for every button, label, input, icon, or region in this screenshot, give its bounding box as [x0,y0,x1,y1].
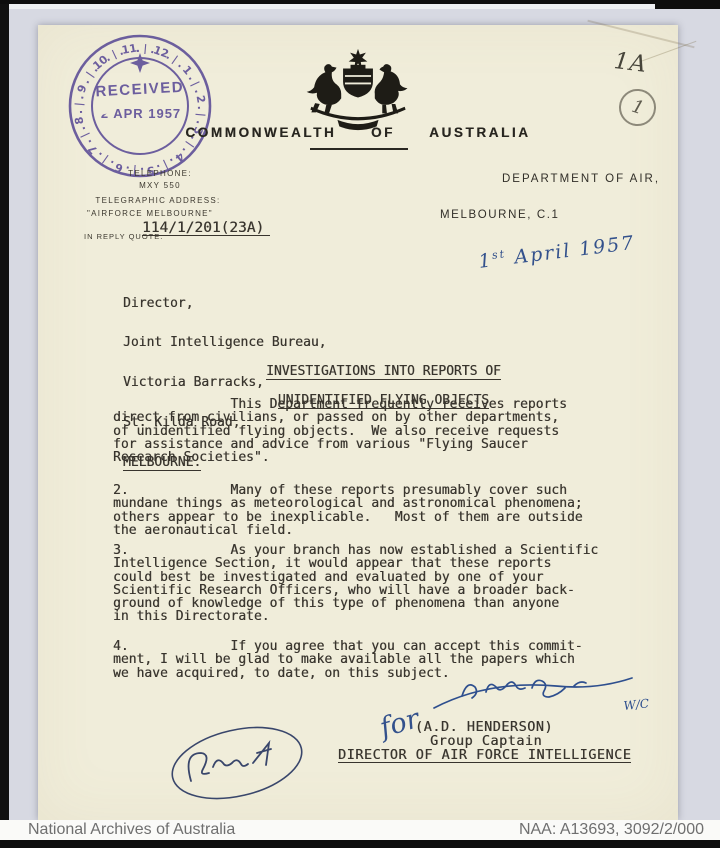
letterhead-telephone-value: MXY 550 [100,180,220,191]
scan-border-top [0,0,720,4]
svg-text:|: | [143,44,148,55]
letterhead-telegraphic-label: TELEGRAPHIC ADDRESS: [68,195,248,206]
svg-text:.: . [195,105,208,110]
handwritten-date: 1st April 1957 [477,231,636,272]
document-page: 10.|.11.|.12.|.1.|.2.|.3.|.4.|.5.|.6.|.7… [38,25,678,820]
svg-text:|: | [189,80,201,88]
coat-of-arms-icon [302,47,414,133]
svg-text:8: 8 [72,116,86,126]
received-stamp: 10.|.11.|.12.|.1.|.2.|.3.|.4.|.5.|.6.|.7… [65,31,215,181]
archive-name: National Archives of Australia [28,821,235,839]
letterhead-telephone-label: TELEPHONE: [100,168,220,179]
scan-border-bottom [0,840,720,848]
commonwealth-underline [310,148,408,150]
scan-border-top-right [655,0,720,9]
reply-quote-number: 114/1/201(23A) [142,222,270,236]
folio-annotation: 1A [613,48,649,78]
body-paragraph-3: 3. As your branch has now established a … [113,544,598,624]
recipient-line: Joint Intelligence Bureau, [123,336,327,349]
signature-scrawl: W/C [428,666,668,726]
svg-text:|: | [74,102,85,107]
scan-border-left [0,4,9,820]
commonwealth-title: COMMONWEALTH OF AUSTRALIA [138,125,578,140]
letterhead-telegraphic-value: "AIRFORCE MELBOURNE" [60,208,240,219]
circled-initials [161,719,317,807]
svg-text:|: | [195,112,206,117]
svg-text:|: | [79,131,91,139]
body-paragraph-1: This Department frequently receives repo… [113,398,567,464]
svg-text:.: . [136,42,141,55]
department-line: DEPARTMENT OF AIR, [502,173,660,185]
stamp-received-text: RECEIVED [95,79,184,101]
svg-text:.: . [192,87,206,95]
archive-footer: National Archives of Australia NAA: A136… [0,820,720,840]
city-line: MELBOURNE, C.1 [440,209,560,221]
circled-folio-annotation: 1 [618,88,657,127]
subject-line-1: INVESTIGATIONS INTO REPORTS OF [266,366,501,380]
recipient-line: Director, [123,297,327,310]
signature-countersign: W/C [623,696,650,713]
body-paragraph-2: 2. Many of these reports presumably cove… [113,484,583,537]
svg-text:.: . [72,110,85,115]
scan-edge-light-strip [0,4,720,9]
scanned-document-frame: 10.|.11.|.12.|.1.|.2.|.3.|.4.|.5.|.6.|.7… [0,0,720,848]
svg-text:2: 2 [193,94,207,104]
svg-text:|: | [110,49,118,61]
signatory-title: DIRECTOR OF AIR FORCE INTELLIGENCE [338,749,631,763]
svg-text:.: . [75,125,89,133]
archive-reference: NAA: A13693, 3092/2/000 [519,821,704,839]
plane-icon [130,53,150,73]
paper-crease [587,20,694,49]
